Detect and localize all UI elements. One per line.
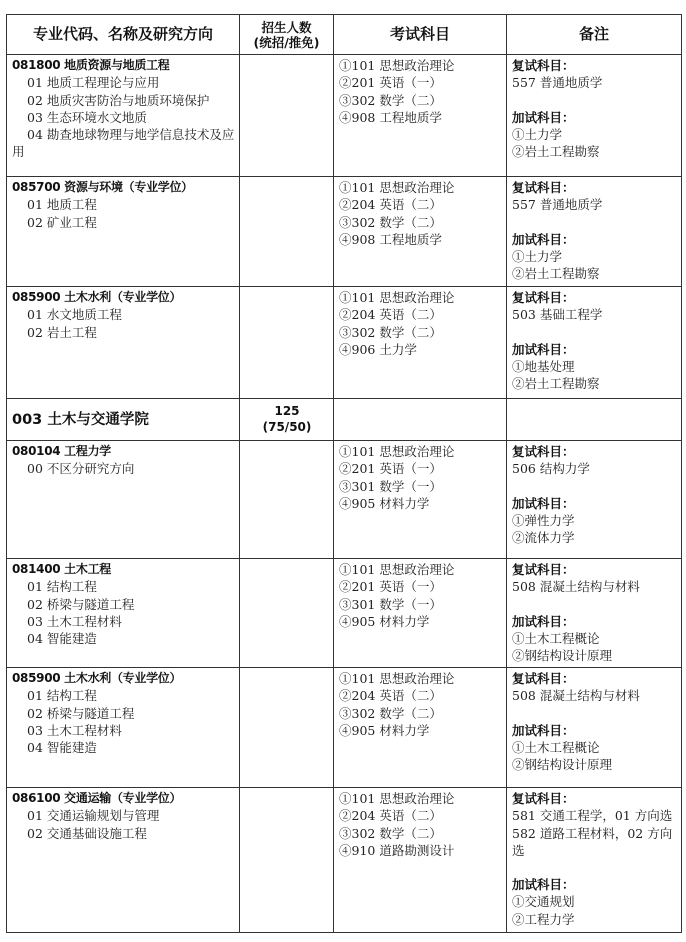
school-quota-cell: 125 (75/50): [240, 399, 334, 441]
major-title: 081800 地质资源与地质工程: [12, 57, 235, 74]
exam-subject: ②201 英语（一）: [339, 460, 502, 477]
extra-subject: ②工程力学: [512, 911, 677, 928]
exam-subject: ①101 思想政治理论: [339, 179, 502, 196]
major-cell: 085900 土木水利（专业学位） 01 水文地质工程 02 岩土工程: [7, 287, 240, 399]
header-notes: 备注: [507, 15, 682, 55]
exam-subject: ②204 英语（二）: [339, 306, 502, 323]
exam-subject: ③302 数学（二）: [339, 825, 502, 842]
direction: 01 结构工程: [12, 578, 235, 595]
extra-subject: ②钢结构设计原理: [512, 647, 677, 664]
exams-cell: ①101 思想政治理论 ②204 英语（二） ③302 数学（二） ④910 道…: [334, 788, 507, 933]
exam-subject: ②204 英语（二）: [339, 196, 502, 213]
direction: 02 地质灾害防治与地质环境保护: [12, 92, 235, 109]
quota-cell: [240, 668, 334, 788]
exam-subject: ④906 土力学: [339, 341, 502, 358]
exam-subject: ①101 思想政治理论: [339, 790, 502, 807]
exam-subject: ①101 思想政治理论: [339, 443, 502, 460]
direction: 00 不区分研究方向: [12, 460, 235, 477]
extra-label: 加试科目：: [512, 231, 677, 248]
retest-subject: 582 道路工程材料，02 方向选: [512, 825, 677, 860]
quota-cell: [240, 55, 334, 177]
quota-total: 125: [245, 403, 329, 419]
exam-subject: ①101 思想政治理论: [339, 289, 502, 306]
exam-subject: ④905 材料力学: [339, 613, 502, 630]
exams-cell: ①101 思想政治理论 ②201 英语（一） ③301 数学（一） ④905 材…: [334, 441, 507, 559]
extra-subject: ①交通规划: [512, 893, 677, 910]
exam-subject: ④910 道路勘测设计: [339, 842, 502, 859]
quota-cell: [240, 559, 334, 668]
major-title: 086100 交通运输（专业学位）: [12, 790, 235, 807]
quota-cell: [240, 788, 334, 933]
exam-subject: ②204 英语（二）: [339, 687, 502, 704]
exams-cell: ①101 思想政治理论 ②204 英语（二） ③302 数学（二） ④906 土…: [334, 287, 507, 399]
extra-subject: ①土力学: [512, 126, 677, 143]
table-row: 081400 土木工程 01 结构工程 02 桥梁与隧道工程 03 土木工程材料…: [7, 559, 682, 668]
retest-subject: 506 结构力学: [512, 460, 677, 477]
major-cell: 085700 资源与环境（专业学位） 01 地质工程 02 矿业工程: [7, 177, 240, 287]
exam-subject: ④905 材料力学: [339, 495, 502, 512]
extra-label: 加试科目：: [512, 722, 677, 739]
exam-subject: ④908 工程地质学: [339, 231, 502, 248]
quota-cell: [240, 287, 334, 399]
direction: 01 水文地质工程: [12, 306, 235, 323]
major-cell: 086100 交通运输（专业学位） 01 交通运输规划与管理 02 交通基础设施…: [7, 788, 240, 933]
header-quota-line2: (统招/推免): [240, 35, 333, 50]
retest-label: 复试科目：: [512, 443, 677, 460]
extra-subject: ①土木工程概论: [512, 630, 677, 647]
exam-subject: ③302 数学（二）: [339, 214, 502, 231]
extra-subject: ①地基处理: [512, 358, 677, 375]
major-cell: 081800 地质资源与地质工程 01 地质工程理论与应用 02 地质灾害防治与…: [7, 55, 240, 177]
direction: 03 土木工程材料: [12, 613, 235, 630]
retest-subject: 581 交通工程学，01 方向选: [512, 807, 677, 824]
extra-subject: ②流体力学: [512, 529, 677, 546]
direction: 01 地质工程理论与应用: [12, 74, 235, 91]
header-quota-line1: 招生人数: [240, 20, 333, 35]
header-major: 专业代码、名称及研究方向: [7, 15, 240, 55]
direction: 02 桥梁与隧道工程: [12, 596, 235, 613]
exams-cell: ①101 思想政治理论 ②204 英语（二） ③302 数学（二） ④908 工…: [334, 177, 507, 287]
notes-cell: 复试科目： 581 交通工程学，01 方向选 582 道路工程材料，02 方向选…: [507, 788, 682, 933]
major-title: 081400 土木工程: [12, 561, 235, 578]
notes-cell: 复试科目： 508 混凝土结构与材料 加试科目： ①土木工程概论 ②钢结构设计原…: [507, 559, 682, 668]
extra-subject: ①土力学: [512, 248, 677, 265]
exam-subject: ③301 数学（一）: [339, 596, 502, 613]
retest-label: 复试科目：: [512, 57, 677, 74]
extra-label: 加试科目：: [512, 876, 677, 893]
direction: 01 结构工程: [12, 687, 235, 704]
table-row: 086100 交通运输（专业学位） 01 交通运输规划与管理 02 交通基础设施…: [7, 788, 682, 933]
exam-subject: ④905 材料力学: [339, 722, 502, 739]
exam-subject: ④908 工程地质学: [339, 109, 502, 126]
major-title: 085700 资源与环境（专业学位）: [12, 179, 235, 196]
retest-subject: 557 普通地质学: [512, 196, 677, 213]
retest-subject: 557 普通地质学: [512, 74, 677, 91]
direction: 04 智能建造: [12, 630, 235, 647]
extra-subject: ②钢结构设计原理: [512, 756, 677, 773]
extra-label: 加试科目：: [512, 495, 677, 512]
direction: 01 地质工程: [12, 196, 235, 213]
exam-subject: ②201 英语（一）: [339, 578, 502, 595]
exam-subject: ②201 英语（一）: [339, 74, 502, 91]
exam-subject: ②204 英语（二）: [339, 807, 502, 824]
table-row: 081800 地质资源与地质工程 01 地质工程理论与应用 02 地质灾害防治与…: [7, 55, 682, 177]
school-notes-cell: [507, 399, 682, 441]
extra-label: 加试科目：: [512, 341, 677, 358]
major-cell: 085900 土木水利（专业学位） 01 结构工程 02 桥梁与隧道工程 03 …: [7, 668, 240, 788]
major-title: 085900 土木水利（专业学位）: [12, 670, 235, 687]
retest-label: 复试科目：: [512, 790, 677, 807]
retest-label: 复试科目：: [512, 670, 677, 687]
direction: 02 桥梁与隧道工程: [12, 705, 235, 722]
major-cell: 081400 土木工程 01 结构工程 02 桥梁与隧道工程 03 土木工程材料…: [7, 559, 240, 668]
major-cell: 080104 工程力学 00 不区分研究方向: [7, 441, 240, 559]
notes-cell: 复试科目： 557 普通地质学 加试科目： ①土力学 ②岩土工程勘察: [507, 55, 682, 177]
table-row: 085900 土木水利（专业学位） 01 结构工程 02 桥梁与隧道工程 03 …: [7, 668, 682, 788]
direction: 03 土木工程材料: [12, 722, 235, 739]
retest-label: 复试科目：: [512, 179, 677, 196]
exam-subject: ③301 数学（一）: [339, 478, 502, 495]
major-title: 085900 土木水利（专业学位）: [12, 289, 235, 306]
exams-cell: ①101 思想政治理论 ②201 英语（一） ③301 数学（一） ④905 材…: [334, 559, 507, 668]
exams-cell: ①101 思想政治理论 ②204 英语（二） ③302 数学（二） ④905 材…: [334, 668, 507, 788]
exams-cell: ①101 思想政治理论 ②201 英语（一） ③302 数学（二） ④908 工…: [334, 55, 507, 177]
quota-split: (75/50): [245, 419, 329, 435]
direction: 04 勘查地球物理与地学信息技术及应用: [12, 126, 235, 161]
quota-cell: [240, 441, 334, 559]
header-exams: 考试科目: [334, 15, 507, 55]
major-title: 080104 工程力学: [12, 443, 235, 460]
school-row: 003 土木与交通学院 125 (75/50): [7, 399, 682, 441]
retest-label: 复试科目：: [512, 289, 677, 306]
notes-cell: 复试科目： 503 基础工程学 加试科目： ①地基处理 ②岩土工程勘察: [507, 287, 682, 399]
notes-cell: 复试科目： 557 普通地质学 加试科目： ①土力学 ②岩土工程勘察: [507, 177, 682, 287]
direction: 03 生态环境水文地质: [12, 109, 235, 126]
direction: 02 矿业工程: [12, 214, 235, 231]
extra-subject: ①土木工程概论: [512, 739, 677, 756]
extra-subject: ②岩土工程勘察: [512, 143, 677, 160]
exam-subject: ①101 思想政治理论: [339, 670, 502, 687]
table-row: 080104 工程力学 00 不区分研究方向 ①101 思想政治理论 ②201 …: [7, 441, 682, 559]
exam-subject: ③302 数学（二）: [339, 324, 502, 341]
quota-cell: [240, 177, 334, 287]
exam-subject: ③302 数学（二）: [339, 92, 502, 109]
direction: 01 交通运输规划与管理: [12, 807, 235, 824]
direction: 04 智能建造: [12, 739, 235, 756]
table-row: 085900 土木水利（专业学位） 01 水文地质工程 02 岩土工程 ①101…: [7, 287, 682, 399]
direction: 02 交通基础设施工程: [12, 825, 235, 842]
extra-subject: ②岩土工程勘察: [512, 265, 677, 282]
table-header-row: 专业代码、名称及研究方向 招生人数 (统招/推免) 考试科目 备注: [7, 15, 682, 55]
retest-subject: 508 混凝土结构与材料: [512, 687, 677, 704]
retest-label: 复试科目：: [512, 561, 677, 578]
retest-subject: 508 混凝土结构与材料: [512, 578, 677, 595]
school-name: 003 土木与交通学院: [7, 399, 240, 441]
extra-subject: ①弹性力学: [512, 512, 677, 529]
extra-subject: ②岩土工程勘察: [512, 375, 677, 392]
notes-cell: 复试科目： 506 结构力学 加试科目： ①弹性力学 ②流体力学: [507, 441, 682, 559]
retest-subject: 503 基础工程学: [512, 306, 677, 323]
direction: 02 岩土工程: [12, 324, 235, 341]
exam-subject: ③302 数学（二）: [339, 705, 502, 722]
exam-subject: ①101 思想政治理论: [339, 561, 502, 578]
extra-label: 加试科目：: [512, 613, 677, 630]
extra-label: 加试科目：: [512, 109, 677, 126]
school-exams-cell: [334, 399, 507, 441]
table-row: 085700 资源与环境（专业学位） 01 地质工程 02 矿业工程 ①101 …: [7, 177, 682, 287]
admissions-table: 专业代码、名称及研究方向 招生人数 (统招/推免) 考试科目 备注 081800…: [6, 14, 682, 933]
notes-cell: 复试科目： 508 混凝土结构与材料 加试科目： ①土木工程概论 ②钢结构设计原…: [507, 668, 682, 788]
exam-subject: ①101 思想政治理论: [339, 57, 502, 74]
header-quota: 招生人数 (统招/推免): [240, 15, 334, 55]
